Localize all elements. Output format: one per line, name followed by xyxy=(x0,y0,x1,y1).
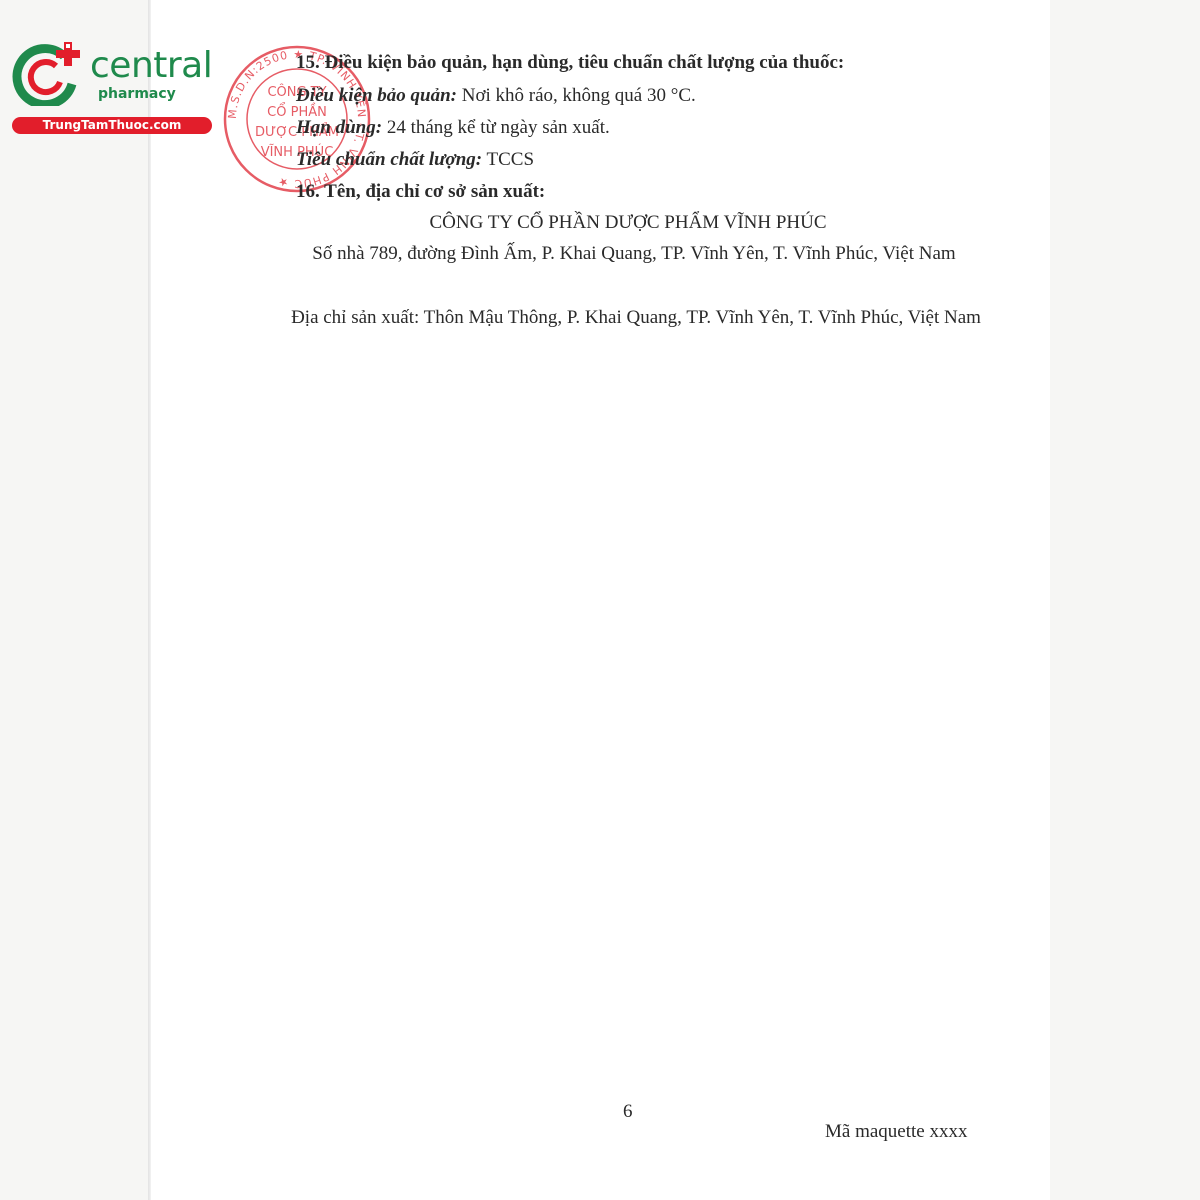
manufacturer-address: Số nhà 789, đường Đình Ấm, P. Khai Quang… xyxy=(184,243,1084,265)
logo-brand: central xyxy=(90,46,212,86)
production-address: Địa chỉ sản xuất: Thôn Mậu Thông, P. Kha… xyxy=(186,307,1086,329)
page-number: 6 xyxy=(623,1101,633,1123)
section-16-heading: 16. Tên, địa chỉ cơ sở sản xuất: xyxy=(296,181,545,203)
quality-standard-line: Tiêu chuẩn chất lượng: TCCS xyxy=(296,149,534,171)
shelf-life-line: Hạn dùng: 24 tháng kể từ ngày sản xuất. xyxy=(296,117,610,139)
shelf-life-label: Hạn dùng: xyxy=(296,117,382,138)
scan-edge xyxy=(148,0,151,1200)
pharmacy-cross-icon xyxy=(12,40,84,106)
storage-value: Nơi khô ráo, không quá 30 °C. xyxy=(457,85,696,106)
manufacturer-name: CÔNG TY CỔ PHẦN DƯỢC PHẨM VĨNH PHÚC xyxy=(178,212,1078,234)
quality-standard-value: TCCS xyxy=(482,149,534,170)
logo-subtitle: pharmacy xyxy=(98,86,176,102)
central-pharmacy-logo[interactable]: central pharmacy TrungTamThuoc.com xyxy=(8,36,213,136)
storage-condition-line: Điều kiện bảo quản: Nơi khô ráo, không q… xyxy=(296,85,696,107)
storage-label: Điều kiện bảo quản: xyxy=(296,85,457,106)
quality-standard-label: Tiêu chuẩn chất lượng: xyxy=(296,149,482,170)
shelf-life-value: 24 tháng kể từ ngày sản xuất. xyxy=(382,117,610,138)
section-15-heading: 15. Điều kiện bảo quản, hạn dùng, tiêu c… xyxy=(296,52,844,74)
maquette-code: Mã maquette xxxx xyxy=(825,1121,967,1143)
logo-url[interactable]: TrungTamThuoc.com xyxy=(12,117,212,134)
